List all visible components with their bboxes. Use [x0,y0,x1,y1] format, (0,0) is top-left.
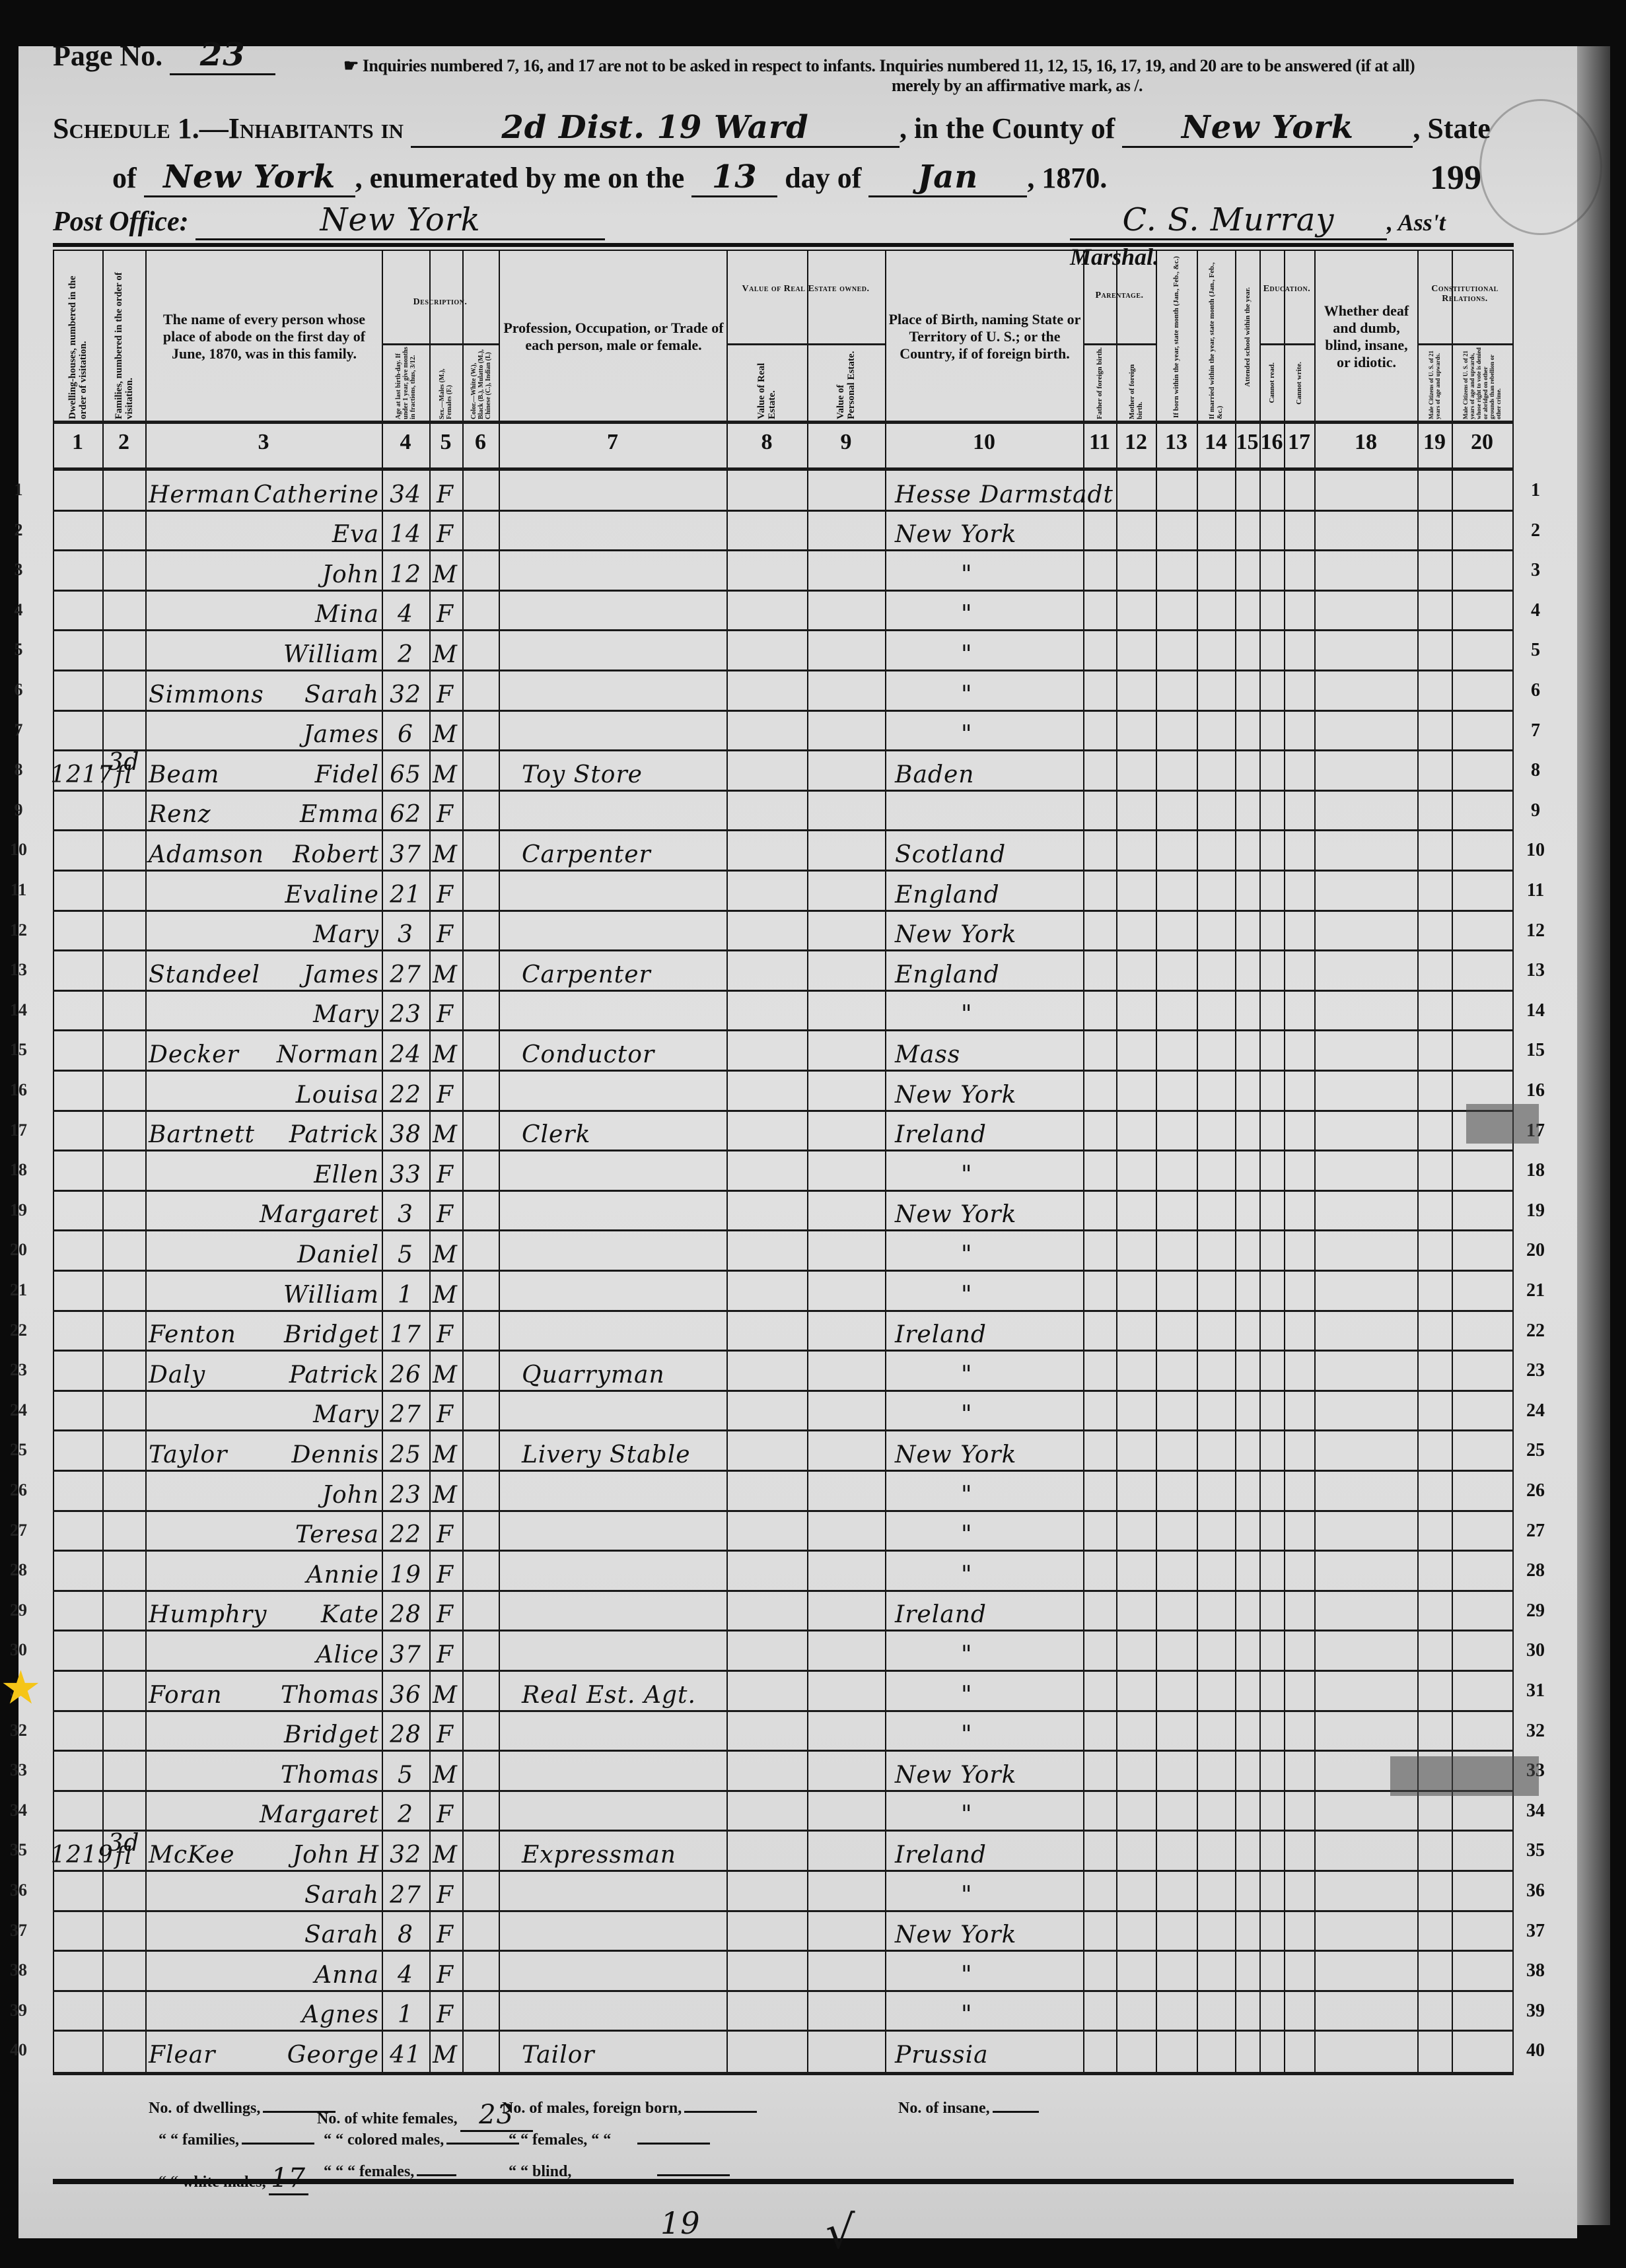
row-number-left: 1 [5,480,32,500]
row-number-left: 32 [5,1721,32,1740]
row-number-left: 18 [5,1160,32,1180]
dwelling-number [58,1071,106,1111]
occupation [502,551,726,591]
given-name: John [149,1471,383,1511]
census-row: 21 William 1 M " 21 [53,1271,1514,1311]
sex: F [428,511,462,551]
birthplace: New York [882,1191,1083,1231]
birthplace: " [882,1471,1083,1511]
summary-footer: No. of dwellings, No. of white females,2… [53,2073,1514,2185]
page-edge [1577,46,1610,2225]
census-row: 30 Alice 37 F " 30 [53,1631,1514,1671]
year-label: , 1870. [1027,162,1107,194]
given-name: Norman [149,1031,383,1071]
given-name: Ellen [149,1151,383,1191]
family-number [102,1151,145,1191]
day-value: 13 [712,158,758,195]
row-number-right: 37 [1516,1921,1555,1942]
dwelling-number [58,1471,106,1511]
column-header-9-text: Value of Personal Estate. [835,347,857,419]
row-number-left: 5 [5,640,32,660]
sex: F [428,591,462,631]
sex: M [428,951,462,991]
margin-tab-shade [1466,1104,1539,1144]
given-name: Mina [149,591,383,631]
column-number: 15 [1235,423,1259,462]
row-number-left: 17 [5,1120,32,1140]
column-number: 3 [145,423,382,462]
row-number-right: 8 [1516,760,1555,781]
column-number: 1 [53,423,102,462]
column-header-11: Father of foreign birth. [1084,347,1115,419]
row-number-right: 7 [1516,720,1555,741]
row-number-left: 6 [5,680,32,700]
family-number [102,591,145,631]
given-name: Fidel [149,751,383,791]
census-row: 37 Sarah 8 F New York 37 [53,1911,1514,1952]
birthplace: " [882,1551,1083,1591]
age: 2 [383,631,428,671]
dwelling-number [58,1111,106,1151]
occupation [502,671,726,711]
age: 1 [383,1271,428,1311]
column-header-16-text: Cannot read. [1268,362,1276,403]
age: 25 [383,1431,428,1471]
age: 23 [383,1471,428,1511]
column-number: 20 [1452,423,1512,462]
column-header-18: Whether deaf and dumb, blind, insane, or… [1317,254,1416,419]
age: 19 [383,1551,428,1591]
occupation [502,511,726,551]
row-number-left: 40 [5,2040,32,2060]
family-number [102,1671,145,1711]
occupation [502,591,726,631]
dwelling-number [58,1311,106,1352]
birthplace: " [882,1271,1083,1311]
group-caption-constitutional: Constitutional Relations. [1417,284,1512,304]
birthplace: Scotland [882,831,1083,871]
given-name: Daniel [149,1231,383,1271]
group-rule-constitutional [1417,343,1512,345]
birthplace: Hesse Darmstadt [882,471,1083,511]
given-name: Sarah [149,1871,383,1911]
dwelling-number [58,1551,106,1591]
row-number-right: 39 [1516,2001,1555,2022]
occupation: Toy Store [502,751,726,791]
row-number-left: 37 [5,1921,32,1941]
row-number-left: 13 [5,960,32,980]
occupation [502,1071,726,1111]
dwelling-number [58,1991,106,2032]
row-number-right: 3 [1516,560,1555,581]
footer-blind: “ “ blind, [509,2163,730,2181]
census-row: 34 Margaret 2 F " 34 [53,1791,1514,1832]
row-number-right: 32 [1516,1721,1555,1742]
census-row: 2 Eva 14 F New York 2 [53,511,1514,551]
occupation: Quarryman [502,1351,726,1391]
row-number-right: 18 [1516,1160,1555,1181]
month-field: Jan [868,158,1027,197]
sex: F [428,791,462,831]
sex: F [428,911,462,951]
dwelling-number [58,1591,106,1632]
occupation: Clerk [502,1111,726,1151]
column-header-6-text: Color.—White (W.), Black (B.), Mulatto (… [470,347,492,419]
row-number-right: 25 [1516,1440,1555,1461]
census-row: 15 Decker Norman 24 M Conductor Mass 15 [53,1031,1514,1071]
row-number-left: 27 [5,1521,32,1540]
occupation [502,1191,726,1231]
row-number-right: 6 [1516,680,1555,701]
birthplace: New York [882,1071,1083,1111]
occupation [502,1471,726,1511]
sex: F [428,1991,462,2032]
dwelling-number [58,1951,106,1991]
dwelling-number [58,1911,106,1952]
footer-white-females-label: No. of white females, [317,2110,458,2127]
column-header-17-text: Cannot write. [1295,362,1303,405]
column-header-4-text: Age at last birth-day. If under 1 year, … [395,347,417,419]
family-number [102,991,145,1031]
occupation [502,1791,726,1832]
age: 5 [383,1231,428,1271]
column-header-8: Value of Real Estate. [728,347,806,419]
sex: M [428,711,462,751]
age: 23 [383,991,428,1031]
dwelling-number [58,991,106,1031]
dwelling-number [58,631,106,671]
sex: M [428,2031,462,2071]
occupation: Conductor [502,1031,726,1071]
age: 3 [383,911,428,951]
family-number [102,1231,145,1271]
age: 32 [383,671,428,711]
sex: F [428,1191,462,1231]
sex: F [428,1151,462,1191]
census-row: 35 1219 3dfl McKee John H 32 M Expressma… [53,1831,1514,1871]
column-number: 4 [382,423,429,462]
marshal-signature: C. S. Murray [1123,201,1335,238]
family-number-part: fl [115,1850,133,1863]
column-header-9: Value of Personal Estate. [808,347,884,419]
given-name: William [149,1271,383,1311]
sex: M [428,1231,462,1271]
row-number-left: 11 [5,880,32,900]
sex: F [428,871,462,911]
row-number-left: 2 [5,520,32,540]
given-name: Catherine [149,471,383,511]
page-label-text: Page No. [53,40,162,72]
row-number-right: 9 [1516,800,1555,821]
column-number: 17 [1284,423,1314,462]
family-number-part: fl [115,769,133,782]
sex: F [428,1391,462,1431]
enumerated-label: , enumerated by me on the [355,162,685,194]
row-number-left: 14 [5,1000,32,1020]
family-number [102,551,145,591]
age: 4 [383,591,428,631]
sex: M [428,1831,462,1871]
dwelling-number [58,831,106,871]
family-number [102,871,145,911]
row-number-left: 9 [5,800,32,820]
dwelling-number [58,1271,106,1311]
footer-colored-males-label: “ “ colored males, [324,2131,444,2148]
sex: M [428,831,462,871]
footer-males-foreign: No. of males, foreign born, [502,2100,757,2117]
family-number: 3dfl [102,751,145,791]
column-header-12: Mother of foreign birth. [1117,347,1154,419]
group-caption-value-estate: Value of Real Estate owned. [726,284,885,294]
column-header-16: Cannot read. [1261,347,1283,419]
age: 1 [383,1991,428,2032]
census-row: 28 Annie 19 F " 28 [53,1551,1514,1591]
age: 37 [383,1631,428,1671]
inquiry-note-line1: Inquiries numbered 7, 16, and 17 are not… [363,56,1415,75]
occupation [502,1911,726,1952]
birthplace: " [882,1671,1083,1711]
dwelling-number: 1219 [58,1831,106,1871]
table-top-rule [53,243,1514,247]
column-number: 9 [807,423,885,462]
row-number-right: 31 [1516,1680,1555,1701]
age: 28 [383,1711,428,1752]
row-number-right: 34 [1516,1801,1555,1822]
birthplace: " [882,1791,1083,1832]
occupation: Livery Stable [502,1431,726,1471]
given-name: William [149,631,383,671]
given-name: Eva [149,511,383,551]
family-number [102,471,145,511]
dwelling-number [58,1791,106,1832]
given-name: Thomas [149,1751,383,1791]
footer-colored-females-label: “ “ “ females, [324,2163,414,2180]
column-number: 6 [462,423,499,462]
footer-females-foreign: “ “ females, “ “ [509,2131,710,2149]
state-value: New York [163,158,336,195]
age: 32 [383,1831,428,1871]
census-row: 24 Mary 27 F " 24 [53,1391,1514,1431]
family-number [102,1111,145,1151]
row-number-right: 4 [1516,600,1555,621]
sex: M [428,631,462,671]
row-number-left: 35 [5,1840,32,1860]
age: 26 [383,1351,428,1391]
county-label: , in the County of [900,112,1115,145]
census-row: 7 James 6 M " 7 [53,711,1514,751]
occupation [502,471,726,511]
age: 21 [383,871,428,911]
census-row: 31 Foran Thomas 36 M Real Est. Agt. " 31… [53,1671,1514,1711]
census-row: 13 Standeel James 27 M Carpenter England… [53,951,1514,991]
sex: F [428,1711,462,1752]
row-number-left: 12 [5,920,32,940]
sex: F [428,1631,462,1671]
group-rule-education [1259,343,1314,345]
row-number-left: 7 [5,720,32,740]
row-number-right: 27 [1516,1521,1555,1542]
given-name: Agnes [149,1991,383,2032]
occupation [502,1511,726,1552]
birthplace: " [882,1711,1083,1752]
given-name: Patrick [149,1351,383,1391]
column-header-18-text: Whether deaf and dumb, blind, insane, or… [1317,302,1416,371]
inquiry-note: ☛ Inquiries numbered 7, 16, and 17 are n… [343,56,1519,96]
family-number [102,711,145,751]
age: 27 [383,951,428,991]
given-name: Mary [149,911,383,951]
given-name: Dennis [149,1431,383,1471]
given-name: James [149,711,383,751]
census-row: 29 Humphry Kate 28 F Ireland 29 [53,1591,1514,1632]
row-number-left: 23 [5,1360,32,1380]
birthplace: " [882,1951,1083,1991]
given-name: John H [149,1831,383,1871]
row-number-right: 5 [1516,640,1555,661]
occupation [502,1951,726,1991]
group-rule-description [382,343,499,345]
dwelling-number [58,551,106,591]
column-header-2: Families, numbered in the order of visit… [104,254,145,419]
birthplace: " [882,1631,1083,1671]
row-number-left: 20 [5,1240,32,1260]
occupation [502,1751,726,1791]
row-number-left: 38 [5,1960,32,1980]
given-name: Emma [149,791,383,831]
family-number [102,1511,145,1552]
census-row: 1 Herman Catherine 34 F Hesse Darmstadt … [53,471,1514,511]
birthplace: " [882,1151,1083,1191]
given-name: John [149,551,383,591]
census-row: 14 Mary 23 F " 14 [53,991,1514,1031]
day-of-label: day of [785,162,861,194]
column-number: 18 [1314,423,1417,462]
row-number-left: 3 [5,560,32,580]
row-number-right: 16 [1516,1080,1555,1101]
sex: F [428,1871,462,1911]
occupation [502,1631,726,1671]
sex: F [428,1311,462,1352]
row-number-left: 10 [5,840,32,860]
dwelling-number [58,791,106,831]
occupation [502,1271,726,1311]
row-number-right: 2 [1516,520,1555,541]
dwelling-number [58,1631,106,1671]
census-row: 18 Ellen 33 F " 18 [53,1151,1514,1191]
column-header-20: Male Citizens of U. S. of 21 years of ag… [1453,347,1511,419]
column-number: 14 [1197,423,1235,462]
column-header-5-text: Sex.—Males (M.), Females (F.) [439,347,453,419]
sex: F [428,1951,462,1991]
family-number: 3dfl [102,1831,145,1871]
pointing-hand-icon: ☛ [343,56,359,75]
age: 36 [383,1671,428,1711]
occupation [502,1151,726,1191]
dwelling-number [58,871,106,911]
sex: F [428,1511,462,1552]
sex: F [428,471,462,511]
census-row: 4 Mina 4 F " 4 [53,591,1514,631]
sex: M [428,1471,462,1511]
birthplace: " [882,991,1083,1031]
census-row: 36 Sarah 27 F " 36 [53,1871,1514,1911]
column-number: 10 [885,423,1083,462]
post-office-line: Post Office: New York C. S. Murray, Ass'… [53,201,1532,240]
family-number [102,1791,145,1832]
star-icon: ★ [0,1666,42,1712]
column-number: 5 [429,423,462,462]
birthplace: " [882,551,1083,591]
row-number-right: 40 [1516,2040,1555,2061]
row-number-left: 15 [5,1040,32,1060]
sex: M [428,1271,462,1311]
age: 5 [383,1751,428,1791]
given-name: Sarah [149,671,383,711]
family-number [102,1951,145,1991]
family-number [102,631,145,671]
given-name: Alice [149,1631,383,1671]
column-number: 13 [1156,423,1197,462]
page-number-field: 23 [170,36,275,75]
occupation [502,1231,726,1271]
occupation [502,1871,726,1911]
census-row: 39 Agnes 1 F " 39 [53,1991,1514,2032]
dwelling-number [58,1511,106,1552]
census-row: 40 Flear George 41 M Tailor Prussia 40 [53,2031,1514,2071]
family-number [102,1711,145,1752]
given-name: Mary [149,1391,383,1431]
column-number: 12 [1116,423,1156,462]
family-number [102,511,145,551]
row-number-left: 29 [5,1600,32,1620]
census-row: 16 Louisa 22 F New York 16 [53,1071,1514,1111]
row-number-right: 22 [1516,1321,1555,1342]
dwelling-number [58,1031,106,1071]
age: 17 [383,1311,428,1352]
occupation [502,631,726,671]
footer-bottom-rule [53,2179,1514,2184]
census-row: 20 Daniel 5 M " 20 [53,1231,1514,1271]
column-header-3: The name of every person whose place of … [149,254,380,419]
dwelling-number [58,2031,106,2071]
family-number [102,951,145,991]
given-name: Sarah [149,1911,383,1952]
census-row: 26 John 23 M " 26 [53,1471,1514,1511]
district-field: 2d Dist. 19 Ward [411,109,900,148]
age: 4 [383,1951,428,1991]
footer-colored-males: “ “ colored males, [324,2131,519,2149]
birthplace: " [882,591,1083,631]
birthplace: New York [882,511,1083,551]
month-value: Jan [918,158,979,195]
post-office-field: New York [195,201,605,240]
birthplace: Ireland [882,1311,1083,1352]
dwelling-number [58,671,106,711]
of-label: of [112,162,137,194]
row-number-right: 19 [1516,1200,1555,1221]
given-name: Robert [149,831,383,871]
given-name: Bridget [149,1711,383,1752]
column-header-13-text: If born within the year, state month (Ja… [1172,256,1180,418]
sex: F [428,1591,462,1632]
family-number [102,1471,145,1511]
footer-white-females: No. of white females,23 [317,2100,533,2132]
county-field: New York [1122,109,1413,148]
birthplace: " [882,631,1083,671]
footer-families-label: “ “ families, [159,2131,239,2148]
occupation: Carpenter [502,831,726,871]
footer-dwellings-label: No. of dwellings, [149,2100,260,2117]
